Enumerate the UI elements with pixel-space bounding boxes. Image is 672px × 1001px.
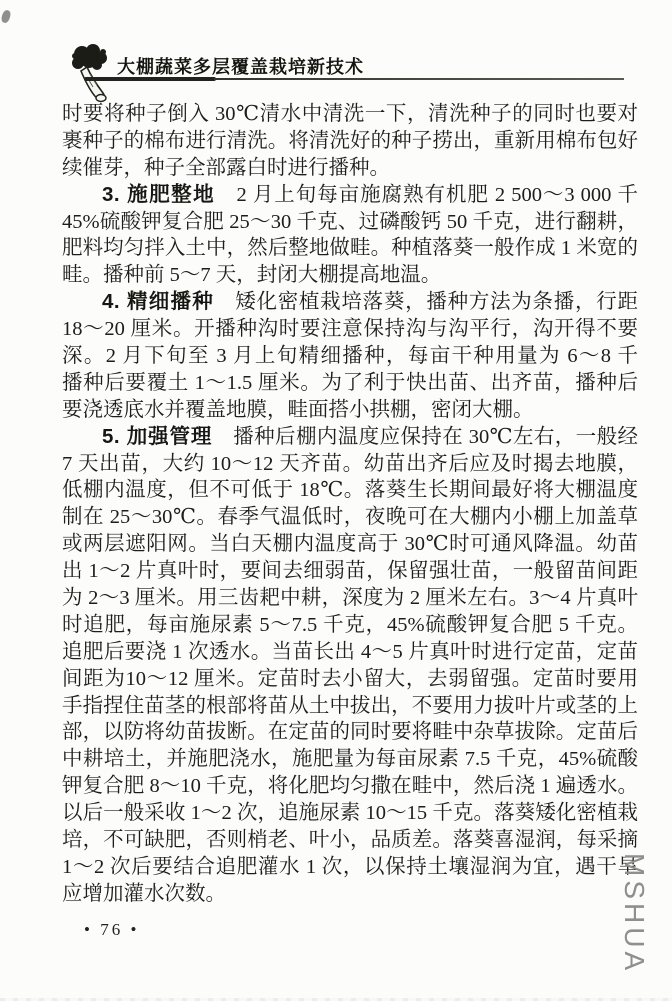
header-rule-thick: [84, 77, 216, 81]
text-line: 裹种子的棉布进行清洗。将清洗好的种子捞出，重新用棉布包好继: [62, 128, 638, 155]
text-segment: 中耕培土，并施肥浇水，施肥量为每亩尿素 7.5 千克，45%硫酸: [62, 748, 638, 770]
text-segment: 手指捏住苗茎的根部将苗从土中拔出，不要用力拔叶片或茎的上: [62, 695, 638, 717]
text-line: 制在 25～30℃。春季气温低时，夜晚可在大棚内小棚上加盖草帘: [62, 504, 638, 531]
text-line: 以后一般采收 1～2 次，追施尿素 10～15 千克。落葵矮化密植栽: [62, 800, 638, 827]
text-segment: 以后一般采收 1～2 次，追施尿素 10～15 千克。落葵矮化密植栽: [62, 802, 638, 824]
scan-artifact-mark: [0, 9, 12, 24]
text-segment: 畦。播种前 5～7 天，封闭大棚提高地温。: [62, 264, 441, 286]
running-head-title: 大棚蔬菜多层覆盖栽培新技术: [117, 53, 364, 79]
text-line: 追肥后要浇 1 次透水。当苗长出 4～5 片真叶时进行定苗，定苗: [62, 639, 638, 666]
text-line: 培，不可缺肥，否则梢老、叶小，品质差。落葵喜湿润，每采摘: [62, 827, 638, 854]
text-segment: 或两层遮阳网。当白天棚内温度高于 30℃时可通风降温。幼苗长: [62, 533, 638, 558]
text-segment: 续催芽，种子全部露白时进行播种。: [62, 157, 390, 179]
text-line: 肥料均匀拌入土中，然后整地做畦。种植落葵一般作成 1 米宽的菜: [62, 235, 638, 262]
text-segment: 为 2～3 厘米。用三齿耙中耕，深度为 2 厘米左右。3～4 片真叶: [62, 587, 638, 609]
text-segment: 裹种子的棉布进行清洗。将清洗好的种子捞出，重新用棉布包好继: [62, 130, 638, 155]
text-segment: 要浇透底水并覆盖地膜，畦面搭小拱棚，密闭大棚。: [62, 399, 534, 421]
text-segment: 深。2 月下旬至 3 月上旬精细播种，每亩干种用量为 6～8 千克。: [62, 345, 638, 370]
text-segment: 45%硫酸钾复合肥 25～30 千克、过磷酸钙 50 千克，进行翻耕，使: [62, 211, 638, 236]
text-segment: 制在 25～30℃。春季气温低时，夜晚可在大棚内小棚上加盖草帘: [62, 506, 638, 531]
text-segment: 播种后要覆土 1～1.5 厘米。为了利于快出苗、出齐苗，播种后还: [62, 372, 638, 397]
text-segment: 追肥后要浇 1 次透水。当苗长出 4～5 片真叶时进行定苗，定苗: [62, 641, 638, 663]
section-heading: 3. 施肥整地: [102, 183, 215, 206]
text-line: 续催芽，种子全部露白时进行播种。: [62, 155, 638, 182]
header-rule-thin: [214, 78, 624, 80]
text-line: 部，以防将幼苗拔断。在定苗的同时要将畦中杂草拔除。定苗后: [62, 719, 638, 746]
text-segment: 18～20 厘米。开播种沟时要注意保持沟与沟平行，沟开得不要太: [62, 318, 638, 343]
text-line: 1～2 次后要结合追肥灌水 1 次，以保持土壤湿润为宜，遇干旱时: [62, 854, 638, 881]
text-line: 钾复合肥 8～10 千克，将化肥均匀撒在畦中，然后浇 1 遍透水。: [62, 773, 638, 800]
body-text: 时要将种子倒入 30℃清水中清洗一下，清洗种子的同时也要对包裹种子的棉布进行清洗…: [62, 101, 638, 908]
cabbage-icon: [70, 43, 114, 107]
section-heading: 4. 精细播种: [102, 290, 214, 313]
text-segment: 低棚内温度，但不可低于 18℃。落葵生长期间最好将大棚温度控: [62, 479, 638, 504]
text-segment: 应增加灌水次数。: [62, 883, 226, 905]
text-segment: 出 1～2 片真叶时，要间去细弱苗，保留强壮苗，一般留苗间距: [62, 560, 638, 582]
text-segment: 钾复合肥 8～10 千克，将化肥均匀撒在畦中，然后浇 1 遍透水。: [62, 775, 638, 797]
text-line: 3. 施肥整地 2 月上旬每亩施腐熟有机肥 2 500～3 000 千克、: [62, 182, 638, 209]
text-segment: 7 天出苗，大约 10～12 天齐苗。幼苗出齐后应及时揭去地膜，降: [62, 453, 638, 478]
text-segment: 肥料均匀拌入土中，然后整地做畦。种植落葵一般作成 1 米宽的菜: [62, 237, 638, 262]
page-number: • 76 •: [84, 920, 139, 940]
text-line: 或两层遮阳网。当白天棚内温度高于 30℃时可通风降温。幼苗长: [62, 531, 638, 558]
text-line: 畦。播种前 5～7 天，封闭大棚提高地温。: [62, 262, 638, 289]
text-line: 应增加灌水次数。: [62, 881, 638, 908]
text-segment: 间距为10～12 厘米。定苗时去小留大，去弱留强。定苗时要用: [62, 668, 638, 690]
text-line: 低棚内温度，但不可低于 18℃。落葵生长期间最好将大棚温度控: [62, 477, 638, 504]
section-heading: 5. 加强管理: [102, 425, 212, 448]
text-line: 中耕培土，并施肥浇水，施肥量为每亩尿素 7.5 千克，45%硫酸: [62, 746, 638, 773]
text-line: 18～20 厘米。开播种沟时要注意保持沟与沟平行，沟开得不要太: [62, 316, 638, 343]
text-segment: 时要将种子倒入 30℃清水中清洗一下，清洗种子的同时也要对包: [62, 103, 638, 128]
text-line: 为 2～3 厘米。用三齿耙中耕，深度为 2 厘米左右。3～4 片真叶: [62, 585, 638, 612]
text-segment: 时追肥，每亩施尿素 5～7.5 千克，45%硫酸钾复合肥 5 千克。: [62, 614, 638, 636]
text-line: 间距为10～12 厘米。定苗时去小留大，去弱留强。定苗时要用: [62, 666, 638, 693]
text-line: 时要将种子倒入 30℃清水中清洗一下，清洗种子的同时也要对包: [62, 101, 638, 128]
text-line: 要浇透底水并覆盖地膜，畦面搭小拱棚，密闭大棚。: [62, 397, 638, 424]
text-segment: 部，以防将幼苗拔断。在定苗的同时要将畦中杂草拔除。定苗后: [62, 721, 638, 743]
text-line: 5. 加强管理 播种后棚内温度应保持在 30℃左右，一般经5～: [62, 424, 638, 451]
text-segment: 矮化密植栽培落葵，播种方法为条播，行距: [214, 291, 638, 313]
text-line: 时追肥，每亩施尿素 5～7.5 千克，45%硫酸钾复合肥 5 千克。: [62, 612, 638, 639]
text-line: 7 天出苗，大约 10～12 天齐苗。幼苗出齐后应及时揭去地膜，降: [62, 451, 638, 478]
text-line: 深。2 月下旬至 3 月上旬精细播种，每亩干种用量为 6～8 千克。: [62, 343, 638, 370]
book-page: 大棚蔬菜多层覆盖栽培新技术 时要将种子倒入 30℃清水中清洗一下，清洗种子的同时…: [0, 0, 672, 1001]
watermark-text: MSHUA: [618, 853, 650, 998]
text-line: 45%硫酸钾复合肥 25～30 千克、过磷酸钙 50 千克，进行翻耕，使: [62, 209, 638, 236]
text-line: 播种后要覆土 1～1.5 厘米。为了利于快出苗、出齐苗，播种后还: [62, 370, 638, 397]
text-line: 出 1～2 片真叶时，要间去细弱苗，保留强壮苗，一般留苗间距: [62, 558, 638, 585]
text-line: 4. 精细播种 矮化密植栽培落葵，播种方法为条播，行距: [62, 289, 638, 316]
text-segment: 1～2 次后要结合追肥灌水 1 次，以保持土壤湿润为宜，遇干旱时: [62, 856, 638, 881]
text-segment: 培，不可缺肥，否则梢老、叶小，品质差。落葵喜湿润，每采摘: [62, 829, 638, 851]
text-line: 手指捏住苗茎的根部将苗从土中拔出，不要用力拔叶片或茎的上: [62, 693, 638, 720]
